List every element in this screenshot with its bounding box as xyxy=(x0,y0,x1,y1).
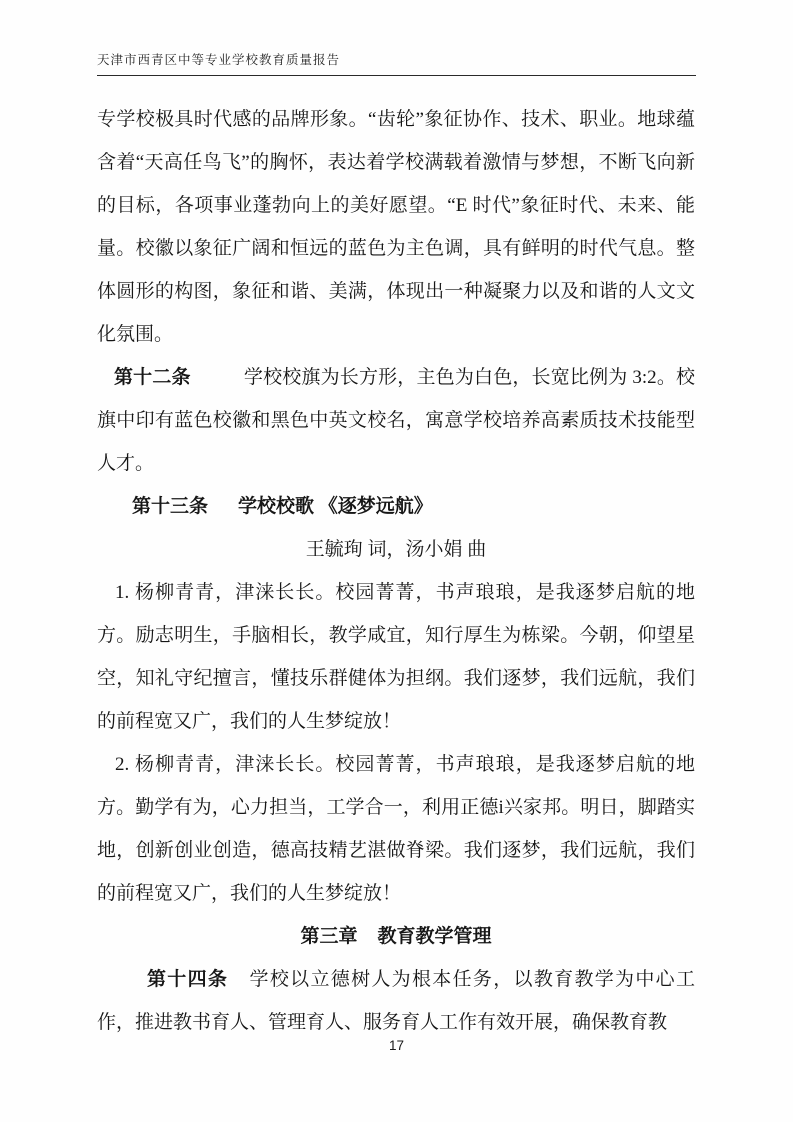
document-page: 天津市西青区中等专业学校教育质量报告 专学校极具时代感的品牌形象。“齿轮”象征协… xyxy=(0,0,793,1122)
article-13-title: 学校校歌 《逐梦远航》 xyxy=(238,496,433,517)
chapter-3-heading: 第三章教育教学管理 xyxy=(97,915,695,958)
paragraph-article-14: 第十四条学校以立德树人为根本任务，以教育教学为中心工作，推进教书育人、管理育人、… xyxy=(97,958,695,1044)
verse-1-text: 1. 杨柳青青，津涞长长。校园菁菁，书声琅琅，是我逐梦启航的地方。励志明生，手脑… xyxy=(97,582,695,732)
chapter-3-label: 第三章 xyxy=(300,926,357,947)
song-credits-text: 王毓珣 词，汤小娟 曲 xyxy=(306,539,487,560)
article-14-term: 第十四条 xyxy=(147,969,228,990)
page-number: 17 xyxy=(389,1038,404,1053)
article-13-term: 第十三条 xyxy=(132,496,208,517)
paragraph-article-12: 第十二条学校校旗为长方形，主色为白色，长宽比例为 3:2。校旗中印有蓝色校徽和黑… xyxy=(97,356,695,485)
article-12-term: 第十二条 xyxy=(114,367,191,388)
document-body: 专学校极具时代感的品牌形象。“齿轮”象征协作、技术、职业。地球蕴含着“天高任鸟飞… xyxy=(97,98,695,1044)
page-footer: 17 xyxy=(0,1038,793,1053)
header-title: 天津市西青区中等专业学校教育质量报告 xyxy=(97,53,340,67)
verse-2-text: 2. 杨柳青青，津涞长长。校园菁菁，书声琅琅，是我逐梦启航的地方。勤学有为，心力… xyxy=(97,754,695,904)
song-credits: 王毓珣 词，汤小娟 曲 xyxy=(97,528,695,571)
chapter-3-title: 教育教学管理 xyxy=(378,926,492,947)
song-verse-1: 1. 杨柳青青，津涞长长。校园菁菁，书声琅琅，是我逐梦启航的地方。励志明生，手脑… xyxy=(97,571,695,743)
paragraph-badge-continuation: 专学校极具时代感的品牌形象。“齿轮”象征协作、技术、职业。地球蕴含着“天高任鸟飞… xyxy=(97,98,695,356)
page-header: 天津市西青区中等专业学校教育质量报告 xyxy=(97,50,696,76)
paragraph-text: 专学校极具时代感的品牌形象。“齿轮”象征协作、技术、职业。地球蕴含着“天高任鸟飞… xyxy=(97,109,695,345)
song-verse-2: 2. 杨柳青青，津涞长长。校园菁菁，书声琅琅，是我逐梦启航的地方。勤学有为，心力… xyxy=(97,743,695,915)
paragraph-article-13: 第十三条学校校歌 《逐梦远航》 xyxy=(97,485,695,528)
